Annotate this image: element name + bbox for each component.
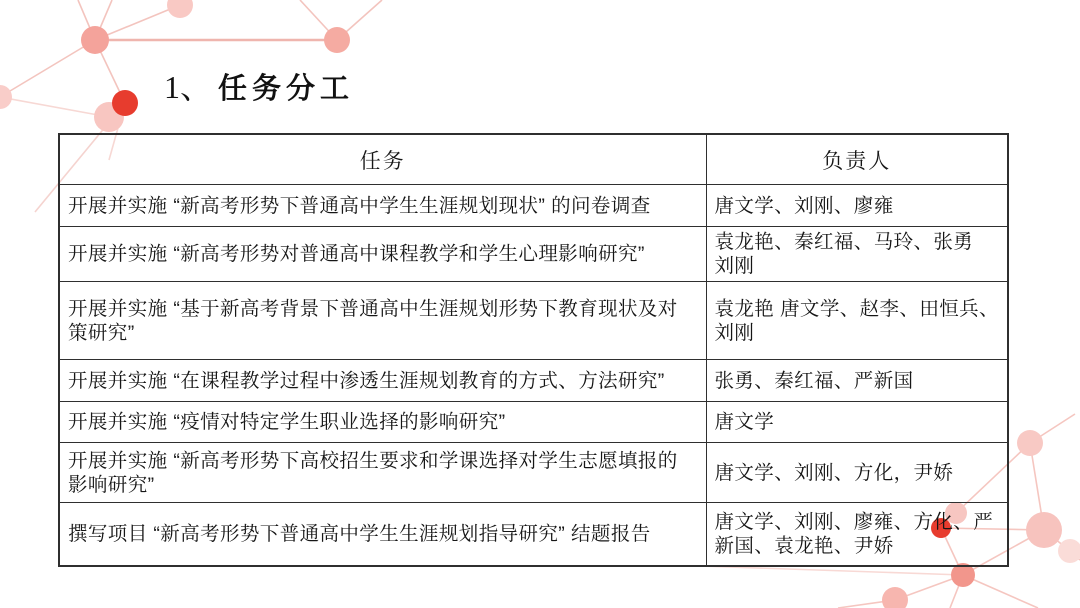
pink-node xyxy=(81,26,109,54)
pink-node xyxy=(882,587,908,608)
task-cell: 开展并实施 “新高考形势对普通高中课程教学和学生心理影响研究” xyxy=(59,227,706,282)
task-cell: 开展并实施 “新高考形势下高校招生要求和学课选择对学生志愿填报的 影响研究” xyxy=(59,443,706,503)
table-row: 撰写项目 “新高考形势下普通高中学生生涯规划指导研究” 结题报告唐文学、刘刚、廖… xyxy=(59,503,1008,566)
pink-node xyxy=(1017,430,1043,456)
pink-node xyxy=(951,563,975,587)
task-cell: 开展并实施 “疫情对特定学生职业选择的影响研究” xyxy=(59,402,706,443)
pink-node xyxy=(167,0,193,18)
table-row: 开展并实施 “新高考形势下普通高中学生生涯规划现状” 的问卷调查唐文学、刘刚、廖… xyxy=(59,185,1008,227)
owner-cell: 唐文学、刘刚、廖雍、方化、严 新国、袁龙艳、尹娇 xyxy=(706,503,1008,566)
task-cell: 开展并实施 “在课程教学过程中渗透生涯规划教育的方式、方法研究” xyxy=(59,360,706,402)
owner-cell: 唐文学、刘刚、方化，尹娇 xyxy=(706,443,1008,503)
table-row: 开展并实施 “基于新高考背景下普通高中生涯规划形势下教育现状及对 策研究”袁龙艳… xyxy=(59,282,1008,360)
column-header-owner: 负责人 xyxy=(706,134,1008,185)
task-cell: 开展并实施 “新高考形势下普通高中学生生涯规划现状” 的问卷调查 xyxy=(59,185,706,227)
task-cell: 开展并实施 “基于新高考背景下普通高中生涯规划形势下教育现状及对 策研究” xyxy=(59,282,706,360)
task-assignment-table: 任务 负责人 开展并实施 “新高考形势下普通高中学生生涯规划现状” 的问卷调查唐… xyxy=(58,133,1009,567)
task-cell: 撰写项目 “新高考形势下普通高中学生生涯规划指导研究” 结题报告 xyxy=(59,503,706,566)
title-number: 1、 xyxy=(164,62,212,108)
owner-cell: 唐文学、刘刚、廖雍 xyxy=(706,185,1008,227)
owner-cell: 袁龙艳 唐文学、赵李、田恒兵、 刘刚 xyxy=(706,282,1008,360)
pink-node xyxy=(0,85,12,109)
table-header-row: 任务 负责人 xyxy=(59,134,1008,185)
table-row: 开展并实施 “新高考形势对普通高中课程教学和学生心理影响研究”袁龙艳、秦红福、马… xyxy=(59,227,1008,282)
title-bullet-red-node xyxy=(112,90,138,116)
table-row: 开展并实施 “疫情对特定学生职业选择的影响研究”唐文学 xyxy=(59,402,1008,443)
pink-node xyxy=(1026,512,1062,548)
column-header-task: 任务 xyxy=(59,134,706,185)
table-row: 开展并实施 “新高考形势下高校招生要求和学课选择对学生志愿填报的 影响研究”唐文… xyxy=(59,443,1008,503)
page-title: 1、 任务分工 xyxy=(164,62,354,108)
pink-node xyxy=(324,27,350,53)
table-row: 开展并实施 “在课程教学过程中渗透生涯规划教育的方式、方法研究”张勇、秦红福、严… xyxy=(59,360,1008,402)
owner-cell: 张勇、秦红福、严新国 xyxy=(706,360,1008,402)
owner-cell: 唐文学 xyxy=(706,402,1008,443)
title-text: 任务分工 xyxy=(218,66,354,107)
pink-node xyxy=(1058,539,1080,563)
owner-cell: 袁龙艳、秦红福、马玲、张勇 刘刚 xyxy=(706,227,1008,282)
